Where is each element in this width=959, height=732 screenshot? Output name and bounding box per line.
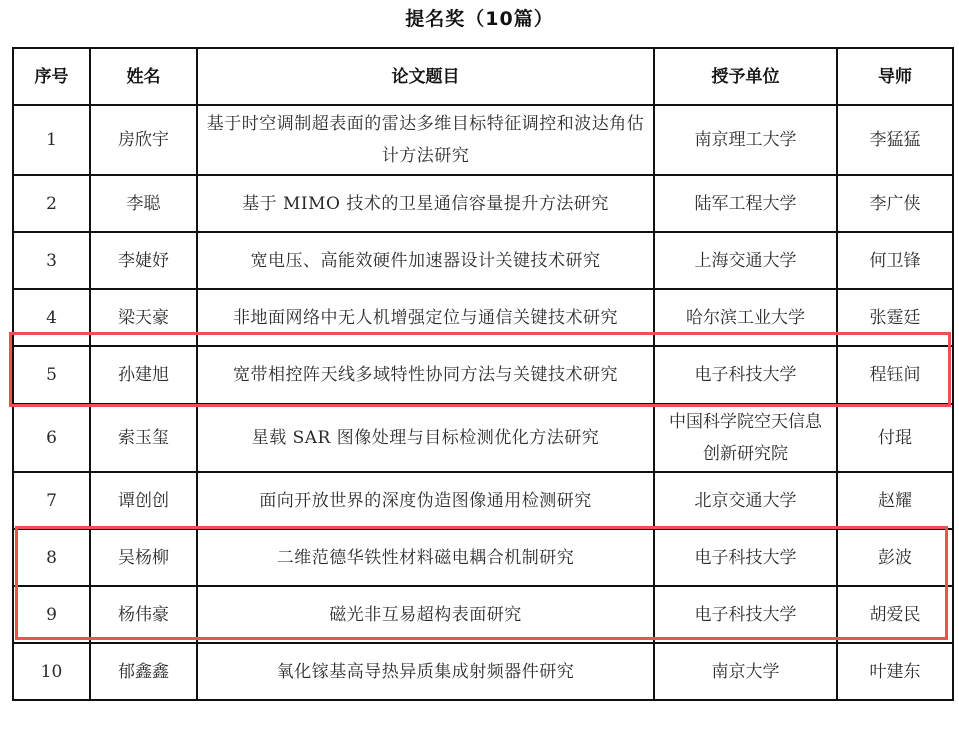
cell-title: 基于时空调制超表面的雷达多维目标特征调控和波达角估计方法研究: [197, 105, 654, 175]
page-title: 提名奖（10篇）: [0, 4, 959, 31]
cell-name: 李聪: [90, 175, 197, 232]
header-no: 序号: [13, 48, 90, 105]
cell-no: 10: [13, 643, 90, 700]
cell-advisor: 李猛猛: [837, 105, 953, 175]
cell-no: 9: [13, 586, 90, 643]
cell-advisor: 付琨: [837, 404, 953, 472]
cell-no: 7: [13, 472, 90, 529]
cell-unit: 南京大学: [654, 643, 837, 700]
cell-title: 宽带相控阵天线多域特性协同方法与关键技术研究: [197, 346, 654, 404]
cell-unit: 南京理工大学: [654, 105, 837, 175]
header-advisor: 导师: [837, 48, 953, 105]
cell-name: 房欣宇: [90, 105, 197, 175]
cell-title: 磁光非互易超构表面研究: [197, 586, 654, 643]
cell-advisor: 李广侠: [837, 175, 953, 232]
cell-advisor: 程钰间: [837, 346, 953, 404]
cell-no: 4: [13, 289, 90, 346]
cell-advisor: 赵耀: [837, 472, 953, 529]
table-row: 1 房欣宇 基于时空调制超表面的雷达多维目标特征调控和波达角估计方法研究 南京理…: [13, 105, 953, 175]
cell-title: 面向开放世界的深度伪造图像通用检测研究: [197, 472, 654, 529]
cell-unit: 北京交通大学: [654, 472, 837, 529]
cell-no: 3: [13, 232, 90, 289]
table-row-highlighted: 9 杨伟豪 磁光非互易超构表面研究 电子科技大学 胡爱民: [13, 586, 953, 643]
cell-title: 基于 MIMO 技术的卫星通信容量提升方法研究: [197, 175, 654, 232]
cell-unit: 电子科技大学: [654, 346, 837, 404]
cell-name: 孙建旭: [90, 346, 197, 404]
cell-no: 6: [13, 404, 90, 472]
cell-name: 索玉玺: [90, 404, 197, 472]
nomination-award-table: 序号 姓名 论文题目 授予单位 导师 1 房欣宇 基于时空调制超表面的雷达多维目…: [12, 47, 954, 701]
cell-unit: 电子科技大学: [654, 586, 837, 643]
cell-name: 李婕妤: [90, 232, 197, 289]
cell-name: 谭创创: [90, 472, 197, 529]
cell-unit: 上海交通大学: [654, 232, 837, 289]
cell-advisor: 何卫锋: [837, 232, 953, 289]
cell-unit: 电子科技大学: [654, 529, 837, 586]
cell-name: 吴杨柳: [90, 529, 197, 586]
header-name: 姓名: [90, 48, 197, 105]
cell-name: 郁鑫鑫: [90, 643, 197, 700]
cell-no: 1: [13, 105, 90, 175]
header-title: 论文题目: [197, 48, 654, 105]
cell-advisor: 彭波: [837, 529, 953, 586]
cell-unit: 哈尔滨工业大学: [654, 289, 837, 346]
cell-no: 5: [13, 346, 90, 404]
table-row: 7 谭创创 面向开放世界的深度伪造图像通用检测研究 北京交通大学 赵耀: [13, 472, 953, 529]
cell-name: 杨伟豪: [90, 586, 197, 643]
table-row-highlighted: 8 吴杨柳 二维范德华铁性材料磁电耦合机制研究 电子科技大学 彭波: [13, 529, 953, 586]
table-row: 2 李聪 基于 MIMO 技术的卫星通信容量提升方法研究 陆军工程大学 李广侠: [13, 175, 953, 232]
cell-advisor: 叶建东: [837, 643, 953, 700]
cell-title: 宽电压、高能效硬件加速器设计关键技术研究: [197, 232, 654, 289]
cell-no: 8: [13, 529, 90, 586]
cell-unit: 中国科学院空天信息创新研究院: [654, 404, 837, 472]
table-row: 4 梁天豪 非地面网络中无人机增强定位与通信关键技术研究 哈尔滨工业大学 张霆廷: [13, 289, 953, 346]
cell-unit: 陆军工程大学: [654, 175, 837, 232]
cell-title: 二维范德华铁性材料磁电耦合机制研究: [197, 529, 654, 586]
cell-advisor: 胡爱民: [837, 586, 953, 643]
cell-no: 2: [13, 175, 90, 232]
table-row: 3 李婕妤 宽电压、高能效硬件加速器设计关键技术研究 上海交通大学 何卫锋: [13, 232, 953, 289]
cell-title: 非地面网络中无人机增强定位与通信关键技术研究: [197, 289, 654, 346]
table-row: 10 郁鑫鑫 氧化镓基高导热异质集成射频器件研究 南京大学 叶建东: [13, 643, 953, 700]
table-header-row: 序号 姓名 论文题目 授予单位 导师: [13, 48, 953, 105]
cell-title: 氧化镓基高导热异质集成射频器件研究: [197, 643, 654, 700]
cell-name: 梁天豪: [90, 289, 197, 346]
cell-title: 星载 SAR 图像处理与目标检测优化方法研究: [197, 404, 654, 472]
table-row-highlighted: 5 孙建旭 宽带相控阵天线多域特性协同方法与关键技术研究 电子科技大学 程钰间: [13, 346, 953, 404]
cell-advisor: 张霆廷: [837, 289, 953, 346]
header-unit: 授予单位: [654, 48, 837, 105]
table-row: 6 索玉玺 星载 SAR 图像处理与目标检测优化方法研究 中国科学院空天信息创新…: [13, 404, 953, 472]
